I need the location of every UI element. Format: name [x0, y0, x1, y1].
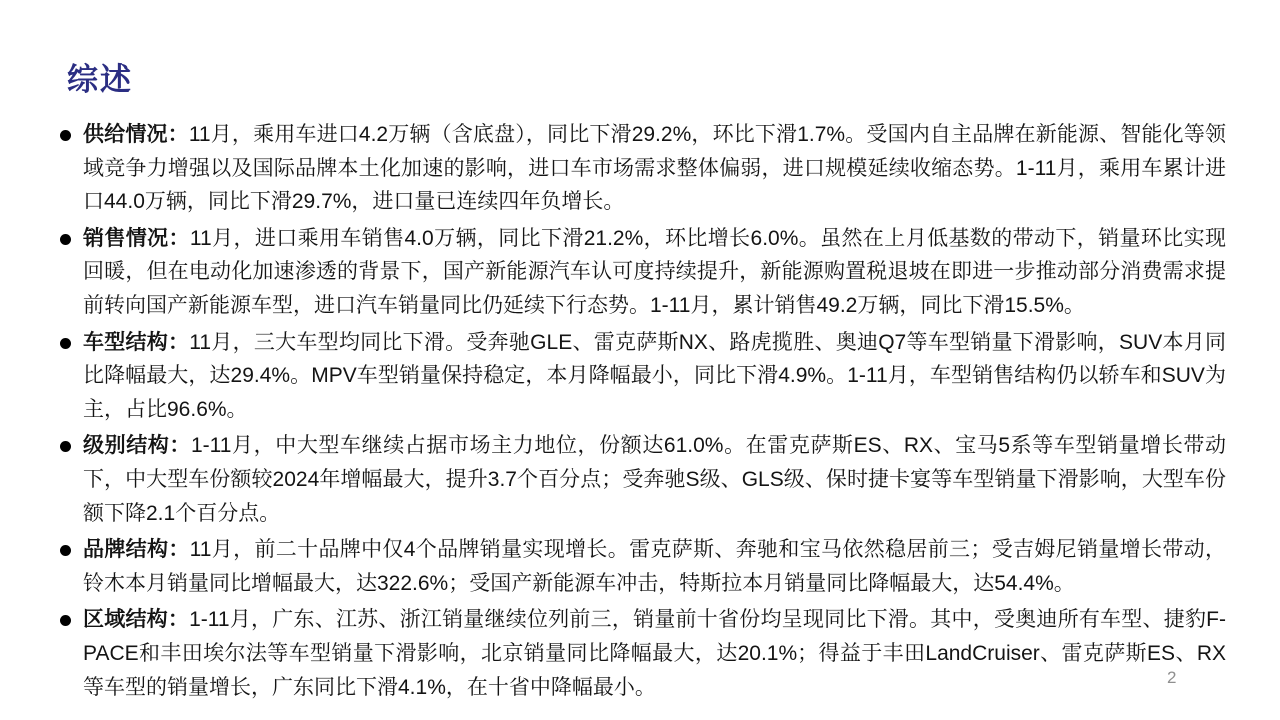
bullet-text: 1-11月，中大型车继续占据市场主力地位，份额达61.0%。在雷克萨斯ES、RX… — [83, 434, 1226, 524]
bullet-label: 区域结构： — [83, 608, 189, 631]
bullet-label: 车型结构： — [83, 331, 189, 354]
bullet-text: 11月，三大车型均同比下滑。受奔驰GLE、雷克萨斯NX、路虎揽胜、奥迪Q7等车型… — [83, 331, 1226, 421]
bullet-item-sales: 销售情况：11月，进口乘用车销售4.0万辆，同比下滑21.2%，环比增长6.0%… — [60, 222, 1226, 323]
bullet-item-supply: 供给情况：11月，乘用车进口4.2万辆（含底盘），同比下滑29.2%，环比下滑1… — [60, 118, 1226, 219]
bullet-dot-icon — [60, 130, 71, 141]
page-number: 2 — [1167, 668, 1176, 688]
bullet-text: 11月，进口乘用车销售4.0万辆，同比下滑21.2%，环比增长6.0%。虽然在上… — [83, 227, 1226, 317]
page-title: 综述 — [67, 54, 133, 99]
bullet-item-region-structure: 区域结构：1-11月，广东、江苏、浙江销量继续位列前三，销量前十省份均呈现同比下… — [60, 603, 1226, 704]
bullet-dot-icon — [60, 615, 71, 626]
bullet-text: 11月，乘用车进口4.2万辆（含底盘），同比下滑29.2%，环比下滑1.7%。受… — [83, 123, 1226, 213]
bullet-label: 供给情况： — [83, 123, 189, 146]
bullet-item-brand-structure: 品牌结构：11月，前二十品牌中仅4个品牌销量实现增长。雷克萨斯、奔驰和宝马依然稳… — [60, 533, 1226, 600]
bullet-dot-icon — [60, 338, 71, 349]
bullet-list: 供给情况：11月，乘用车进口4.2万辆（含底盘），同比下滑29.2%，环比下滑1… — [60, 118, 1226, 704]
bullet-label: 级别结构： — [83, 434, 191, 457]
slide: 综述 供给情况：11月，乘用车进口4.2万辆（含底盘），同比下滑29.2%，环比… — [0, 0, 1280, 720]
bullet-item-class-structure: 级别结构：1-11月，中大型车继续占据市场主力地位，份额达61.0%。在雷克萨斯… — [60, 429, 1226, 530]
bullet-dot-icon — [60, 441, 71, 452]
bullet-label: 品牌结构： — [83, 538, 190, 561]
bullet-dot-icon — [60, 234, 71, 245]
bullet-label: 销售情况： — [83, 227, 190, 250]
summary-content: 供给情况：11月，乘用车进口4.2万辆（含底盘），同比下滑29.2%，环比下滑1… — [60, 118, 1226, 707]
bullet-item-model-structure: 车型结构：11月，三大车型均同比下滑。受奔驰GLE、雷克萨斯NX、路虎揽胜、奥迪… — [60, 326, 1226, 427]
bullet-dot-icon — [60, 545, 71, 556]
bullet-text: 11月，前二十品牌中仅4个品牌销量实现增长。雷克萨斯、奔驰和宝马依然稳居前三；受… — [83, 538, 1226, 595]
bullet-text: 1-11月，广东、江苏、浙江销量继续位列前三，销量前十省份均呈现同比下滑。其中，… — [83, 608, 1226, 698]
